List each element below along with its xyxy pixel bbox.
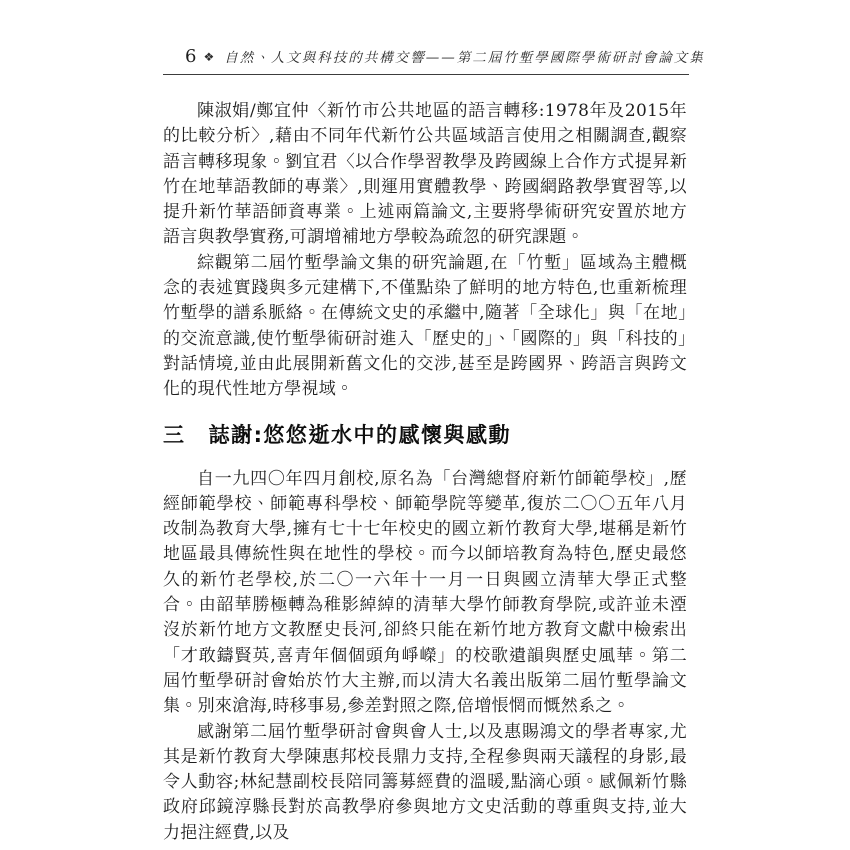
section-heading: 三 誌謝:悠悠逝水中的感懷與感動 bbox=[163, 419, 687, 449]
running-header: 6 ❖ 自然、人文與科技的共構交響——第二屆竹塹學國際學術研討會論文集 bbox=[185, 46, 705, 67]
paragraph-acknowledgement: 感謝第二屆竹塹學研討會與會人士,以及惠賜鴻文的學者專家,尤其是新竹教育大學陳惠邦… bbox=[163, 720, 687, 846]
heading-number: 三 bbox=[163, 419, 186, 449]
header-rule bbox=[163, 74, 689, 75]
paragraph-language-papers: 陳淑娟/鄭宜仲〈新竹市公共地區的語言轉移:1978年及2015年的比較分析〉,藉… bbox=[163, 99, 687, 251]
running-title: 自然、人文與科技的共構交響——第二屆竹塹學國際學術研討會論文集 bbox=[224, 46, 705, 66]
paragraph-school-history: 自一九四〇年四月創校,原名為「台灣總督府新竹師範學校」,歷經師範學校、師範專科學… bbox=[163, 467, 687, 720]
heading-title: 誌謝:悠悠逝水中的感懷與感動 bbox=[209, 419, 511, 449]
book-page: 6 ❖ 自然、人文與科技的共構交響——第二屆竹塹學國際學術研討會論文集 陳淑娟/… bbox=[0, 0, 850, 850]
page-content: 陳淑娟/鄭宜仲〈新竹市公共地區的語言轉移:1978年及2015年的比較分析〉,藉… bbox=[163, 99, 687, 846]
diamond-ornament-icon: ❖ bbox=[203, 50, 214, 64]
page-number: 6 bbox=[185, 46, 196, 67]
paragraph-overview: 綜觀第二屆竹塹學論文集的研究論題,在「竹塹」區域為主體概念的表述實踐與多元建構下… bbox=[163, 251, 687, 403]
